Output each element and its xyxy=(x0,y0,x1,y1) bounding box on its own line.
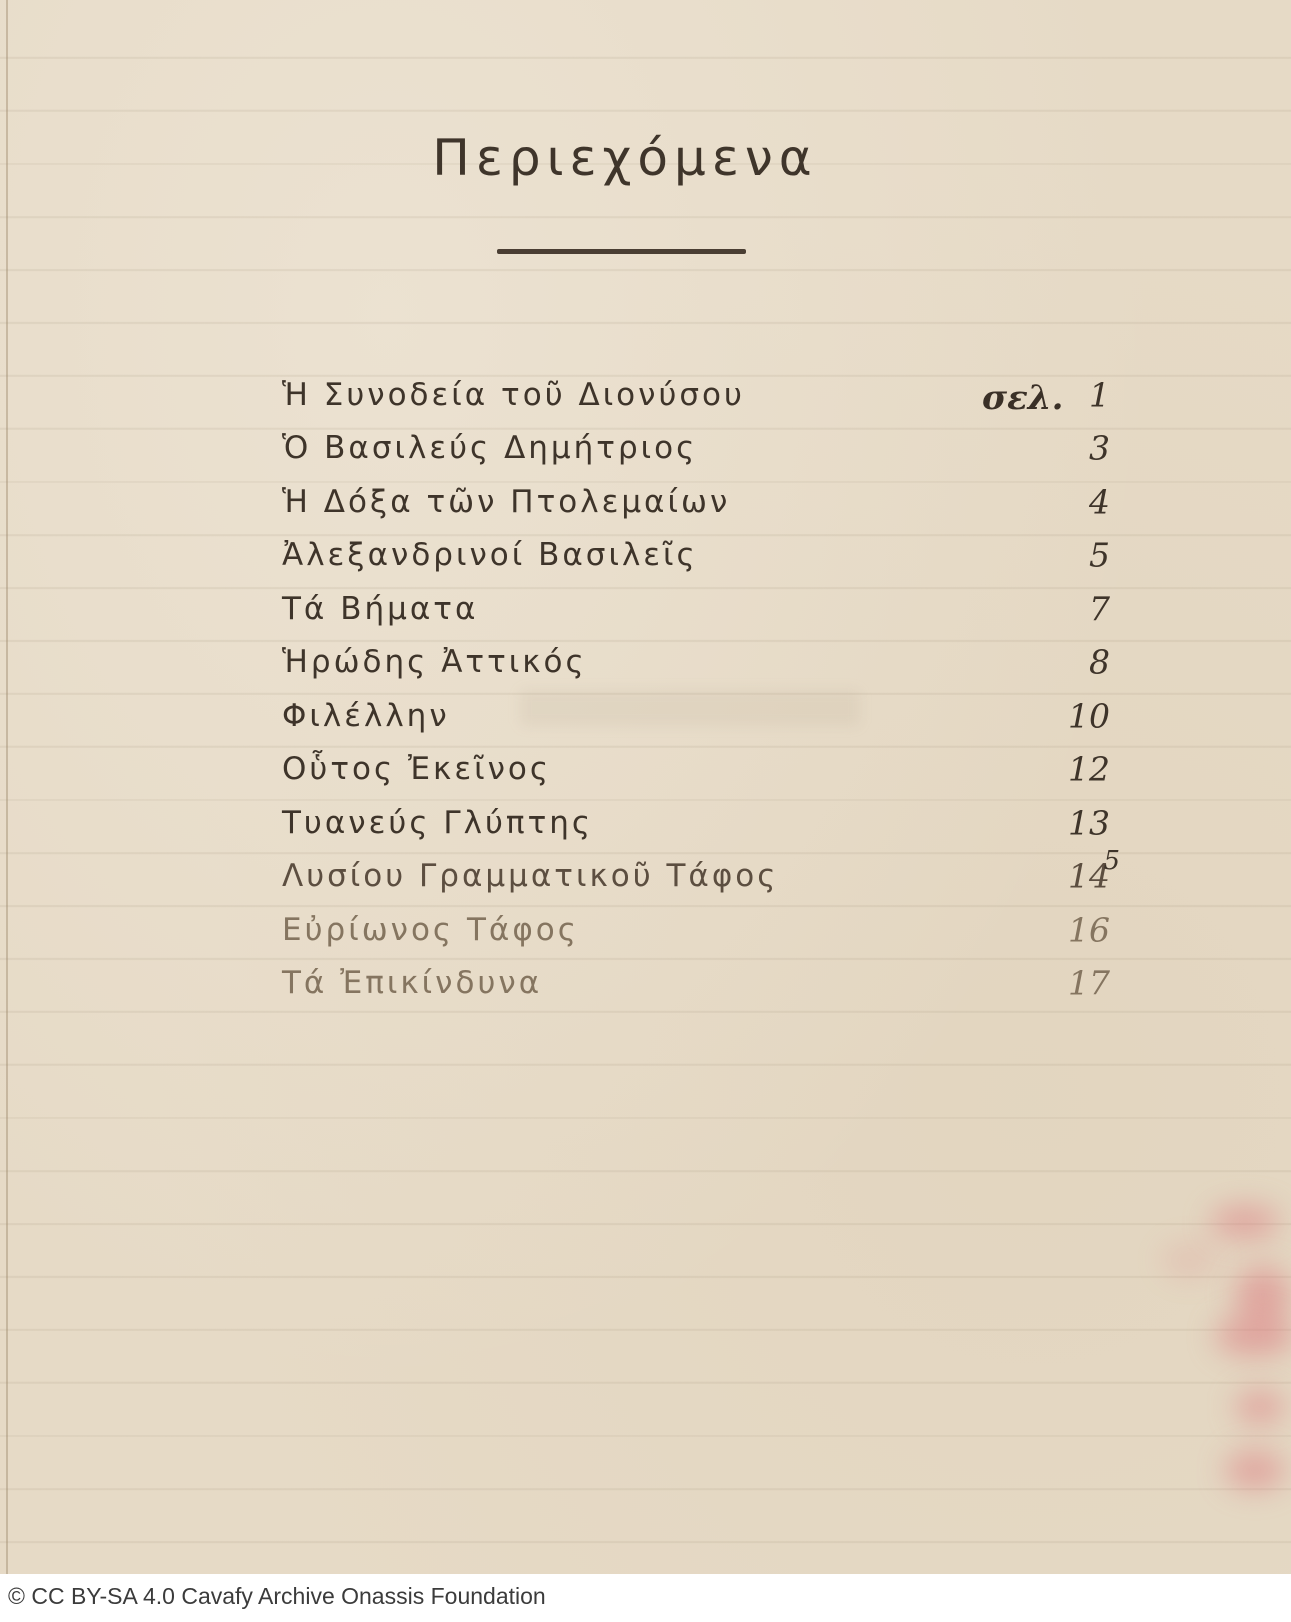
toc-entry: Τά Ἐπικίνδυνα 17 xyxy=(282,957,1132,1011)
toc-entry-title: Οὗτος Ἐκεῖνος xyxy=(282,751,551,787)
toc-entry-title: Φιλέλλην xyxy=(282,698,450,734)
toc-entry-title: Ἡρώδης Ἀττικός xyxy=(282,644,587,680)
toc-entry-title: Ἡ Δόξα τῶν Πτολεμαίων xyxy=(282,484,730,520)
toc-entry: Ἡ Δόξα τῶν Πτολεμαίων 4 xyxy=(282,475,1132,529)
red-stain xyxy=(1225,1450,1285,1490)
toc-entry-title: Λυσίου Γραμματικοῦ Τάφος xyxy=(282,858,778,894)
toc-entry: Φιλέλλην 10 xyxy=(282,689,1132,743)
toc-entry-page: 1 xyxy=(1089,375,1110,414)
red-stain xyxy=(1210,1205,1280,1239)
toc-entry: Εὐρίωνος Τάφος 16 xyxy=(282,903,1132,957)
toc-entry-page: 4 xyxy=(1089,482,1110,521)
toc-entry-page: 7 xyxy=(1089,589,1110,628)
toc-entry-page: 10 xyxy=(1068,696,1110,735)
red-stain xyxy=(1215,1315,1291,1357)
table-of-contents: Ἡ Συνοδεία τοῦ Διονύσου σελ. 1 Ὁ Βασιλεύ… xyxy=(282,368,1132,1010)
toc-entry: Λυσίου Γραμματικοῦ Τάφος 14 5 xyxy=(282,850,1132,904)
toc-entry: Ἡ Συνοδεία τοῦ Διονύσου σελ. 1 xyxy=(282,368,1132,422)
toc-entry: Ὁ Βασιλεύς Δημήτριος 3 xyxy=(282,422,1132,476)
page-title: Περιεχόμενα xyxy=(400,129,850,187)
toc-entry-title: Τά Βήματα xyxy=(282,591,478,627)
toc-entry-title: Εὐρίωνος Τάφος xyxy=(282,912,579,948)
toc-entry: Τυανεύς Γλύπτης 13 xyxy=(282,796,1132,850)
red-stain xyxy=(1235,1390,1285,1424)
title-underline xyxy=(497,249,746,254)
toc-entry: Ἡρώδης Ἀττικός 8 xyxy=(282,636,1132,690)
toc-entry-page: 8 xyxy=(1089,643,1110,682)
toc-entry-title: Ἡ Συνοδεία τοῦ Διονύσου xyxy=(282,377,745,413)
toc-entry-page: 5 xyxy=(1089,536,1110,575)
toc-entry-title: Τά Ἐπικίνδυνα xyxy=(282,965,542,1001)
toc-entry-page: 12 xyxy=(1068,750,1110,789)
toc-entry-title: Ὁ Βασιλεύς Δημήτριος xyxy=(282,430,697,466)
toc-entry: Ἀλεξανδρινοί Βασιλεῖς 5 xyxy=(282,529,1132,583)
toc-entry: Οὗτος Ἐκεῖνος 12 xyxy=(282,743,1132,797)
toc-entry-page: 17 xyxy=(1068,964,1110,1003)
page-abbreviation-label: σελ. xyxy=(982,378,1063,418)
toc-entry-title: Ἀλεξανδρινοί Βασιλεῖς xyxy=(282,537,698,573)
binding-edge xyxy=(6,0,8,1574)
page-number-correction: 5 xyxy=(1103,846,1120,876)
license-credit: © CC BY-SA 4.0 Cavafy Archive Onassis Fo… xyxy=(8,1583,546,1610)
toc-entry-page: 3 xyxy=(1089,429,1110,468)
toc-entry-page: 16 xyxy=(1068,910,1110,949)
toc-entry: Τά Βήματα 7 xyxy=(282,582,1132,636)
toc-entry-page: 13 xyxy=(1068,803,1110,842)
toc-entry-title: Τυανεύς Γλύπτης xyxy=(282,805,593,841)
footer-bar: © CC BY-SA 4.0 Cavafy Archive Onassis Fo… xyxy=(0,1574,1291,1622)
red-stain xyxy=(1160,1240,1220,1280)
manuscript-page: Περιεχόμενα Ἡ Συνοδεία τοῦ Διονύσου σελ.… xyxy=(0,0,1291,1574)
